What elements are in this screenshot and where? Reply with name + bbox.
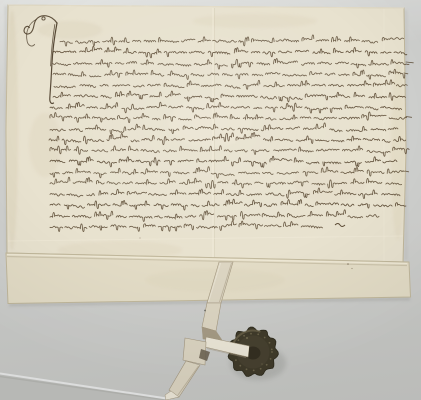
seal-tag-tail <box>169 361 200 397</box>
plica-fold <box>6 253 411 304</box>
photo-frame <box>0 0 421 400</box>
seal-tag-middle <box>202 303 221 331</box>
backing-board-edge <box>0 374 170 400</box>
charter-photograph <box>0 0 421 400</box>
